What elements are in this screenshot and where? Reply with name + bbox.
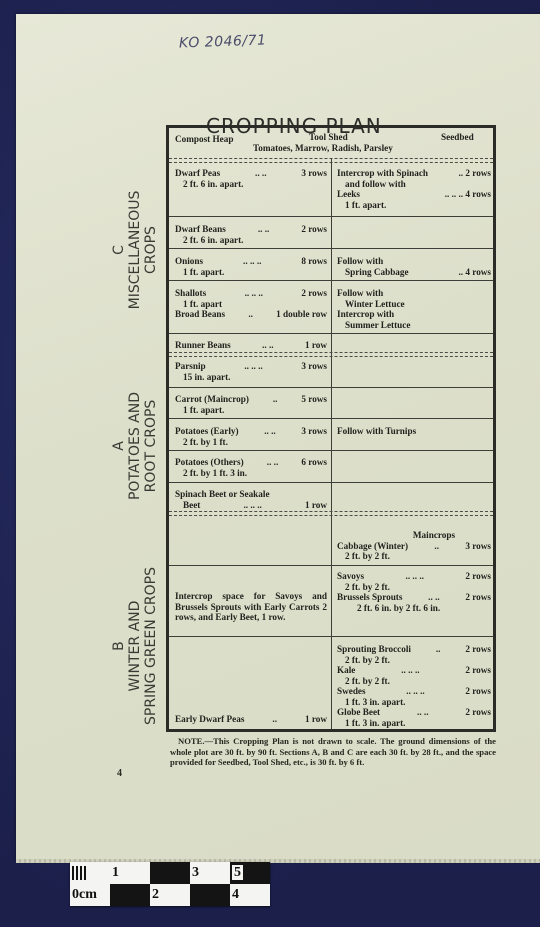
row-divider [169, 216, 493, 217]
column-divider [331, 158, 332, 729]
accession-number: KO 2046/71 [179, 32, 267, 51]
row-divider [169, 280, 493, 281]
section-b-label: B WINTER AND SPRING GREEN CROPS [111, 551, 159, 741]
crop-dwarf-beans: Dwarf Beans.. ..2 rows 2 ft. 6 in. apart… [175, 224, 327, 245]
row-divider [169, 450, 493, 451]
crop-dwarf-peas: Dwarf Peas.. ..3 rows 2 ft. 6 in. apart. [175, 168, 327, 189]
section-title-line2: CROPS [143, 175, 159, 325]
row-divider [169, 482, 493, 483]
crop-spring-cabbage: Follow with Spring Cabbage.. 4 rows [337, 256, 491, 277]
herbs-label: Tomatoes, Marrow, Radish, Parsley [253, 143, 393, 154]
crop-shallots-broad-beans: Shallots.. .. ..2 rows 1 ft. apart Broad… [175, 288, 327, 320]
row-divider [169, 418, 493, 419]
scale-bar: 1 3 5 0cm 2 4 [70, 862, 270, 906]
section-letter: C [111, 175, 127, 325]
section-a-label: A POTATOES AND ROOT CROPS [111, 371, 159, 521]
scale-label-5: 5 [232, 865, 243, 880]
crop-brassicas-roots: Sprouting Broccoli..2 rows 2 ft. by 2 ft… [337, 644, 491, 728]
crop-lettuce: Follow with Winter Lettuce Intercrop wit… [337, 288, 491, 330]
row-divider [169, 387, 493, 388]
crop-carrot: Carrot (Maincrop)..5 rows 1 ft. apart. [175, 394, 327, 415]
section-title-line2: ROOT CROPS [143, 371, 159, 521]
section-title-line1: POTATOES AND [127, 371, 143, 521]
section-title-line1: WINTER AND [127, 551, 143, 741]
scale-label-3: 3 [190, 862, 230, 884]
row-divider [169, 248, 493, 249]
crop-spinach-beet: Spinach Beet or Seakale Beet.. .. ..1 ro… [175, 489, 327, 510]
seedbed-label: Seedbed [441, 132, 474, 143]
scale-note: NOTE.—This Cropping Plan is not drawn to… [170, 736, 496, 768]
section-c-label: C MISCELLANEOUS CROPS [111, 175, 159, 325]
tool-shed-label: Tool Shed [309, 132, 348, 143]
scale-label-0: 0cm [70, 884, 110, 906]
crop-runner-beans: Runner Beans.. ..1 row [175, 340, 327, 351]
crop-savoys-brussels: Savoys.. .. ..2 rows 2 ft. by 2 ft. Brus… [337, 571, 491, 613]
crop-cabbage-winter: Maincrops Cabbage (Winter)..3 rows 2 ft.… [337, 530, 491, 562]
plan-header: Compost Heap Tool Shed Seedbed Tomatoes,… [169, 128, 493, 158]
section-divider [169, 511, 493, 516]
section-letter: B [111, 551, 127, 741]
section-divider [169, 352, 493, 357]
crop-potatoes-early: Potatoes (Early).. ..3 rows 2 ft. by 1 f… [175, 426, 327, 447]
intercrop-note: Intercrop space for Savoys and Brussels … [175, 591, 327, 623]
crop-spinach-leeks: Intercrop with Spinach.. 2 rows and foll… [337, 168, 491, 210]
scale-ticks [70, 862, 110, 884]
scale-label-1: 1 [110, 862, 150, 884]
scale-label-2: 2 [150, 884, 190, 906]
scale-block [190, 884, 230, 906]
crop-parsnip: Parsnip.. .. ..3 rows 15 in. apart. [175, 361, 327, 382]
page-number: 4 [117, 768, 122, 779]
cropping-plan-table: Compost Heap Tool Shed Seedbed Tomatoes,… [166, 125, 496, 732]
scale-block [150, 862, 190, 884]
scale-block [110, 884, 150, 906]
scale-label-4: 4 [230, 884, 270, 906]
compost-heap-label: Compost Heap [175, 134, 233, 145]
section-title-line1: MISCELLANEOUS [127, 175, 143, 325]
crop-potatoes-others: Potatoes (Others).. ..6 rows 2 ft. by 1 … [175, 457, 327, 478]
row-divider [169, 636, 493, 637]
row-divider [169, 333, 493, 334]
section-letter: A [111, 371, 127, 521]
section-title-line2: SPRING GREEN CROPS [143, 551, 159, 741]
crop-turnips: Follow with Turnips [337, 426, 491, 437]
row-divider [169, 565, 493, 566]
mm-ticks-icon [72, 866, 86, 880]
crop-onions: Onions.. .. ..8 rows 1 ft. apart. [175, 256, 327, 277]
scale-label-5-cell: 5 [230, 862, 270, 884]
crop-early-dwarf-peas: Early Dwarf Peas..1 row [175, 714, 327, 725]
